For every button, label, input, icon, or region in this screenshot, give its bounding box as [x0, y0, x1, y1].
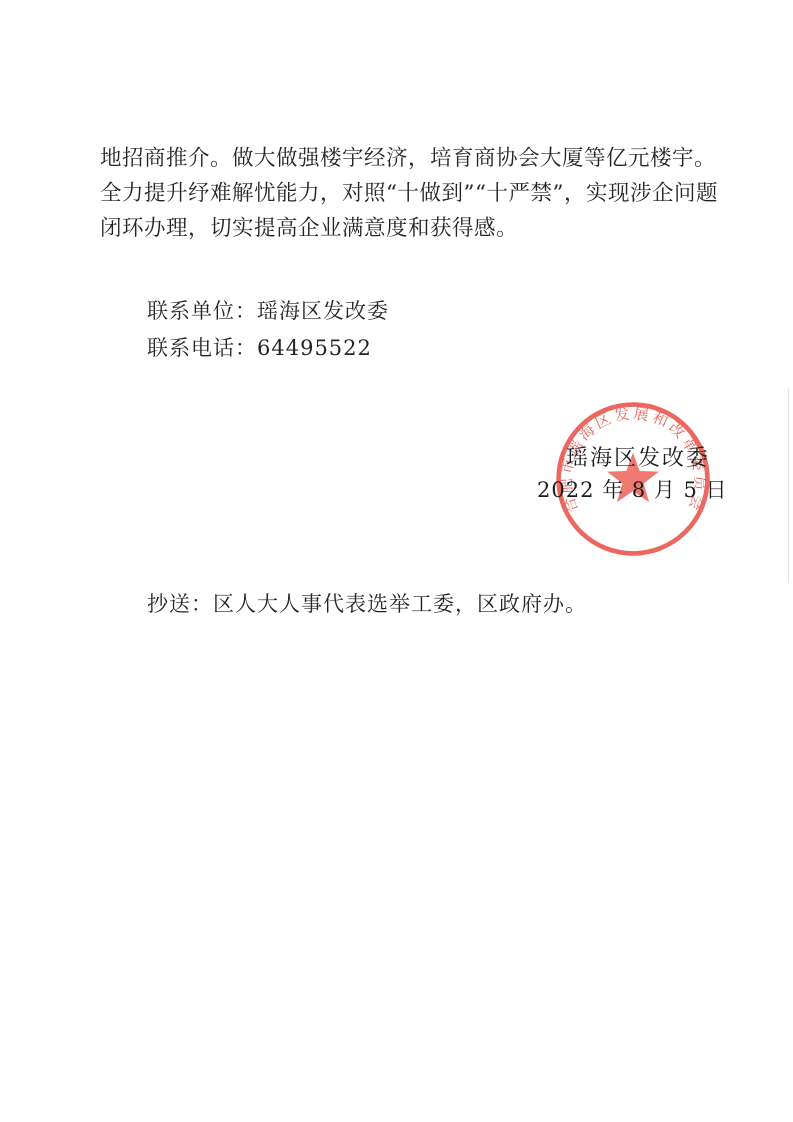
signature-org: 瑶海区发改委 — [566, 441, 710, 472]
contact-unit-value: 瑶海区发改委 — [257, 299, 389, 323]
contact-unit-label: 联系单位： — [147, 299, 257, 323]
signature-date: 2022 年 8 月 5 日 — [537, 474, 728, 504]
paragraph-line-2: 全力提升纾难解忧能力，对照“十做到”“十严禁”，实现涉企问题 — [100, 176, 700, 211]
paragraph-line-3: 闭环办理，切实提高企业满意度和获得感。 — [100, 211, 700, 246]
contact-phone-line: 联系电话：64495522 — [147, 330, 389, 367]
contact-phone-value: 64495522 — [257, 336, 372, 360]
paragraph-line-1: 地招商推介。做大做强楼宇经济，培育商协会大厦等亿元楼宇。 — [100, 141, 700, 176]
cc-line: 抄送：区人大人事代表选举工委，区政府办。 — [147, 588, 587, 618]
contact-phone-label: 联系电话： — [147, 336, 257, 360]
contact-block: 联系单位：瑶海区发改委 联系电话：64495522 — [147, 293, 389, 367]
scan-edge-artifact — [788, 388, 789, 583]
body-paragraph: 地招商推介。做大做强楼宇经济，培育商协会大厦等亿元楼宇。 全力提升纾难解忧能力，… — [100, 141, 700, 246]
contact-unit-line: 联系单位：瑶海区发改委 — [147, 293, 389, 330]
document-page: 地招商推介。做大做强楼宇经济，培育商协会大厦等亿元楼宇。 全力提升纾难解忧能力，… — [0, 0, 793, 1122]
